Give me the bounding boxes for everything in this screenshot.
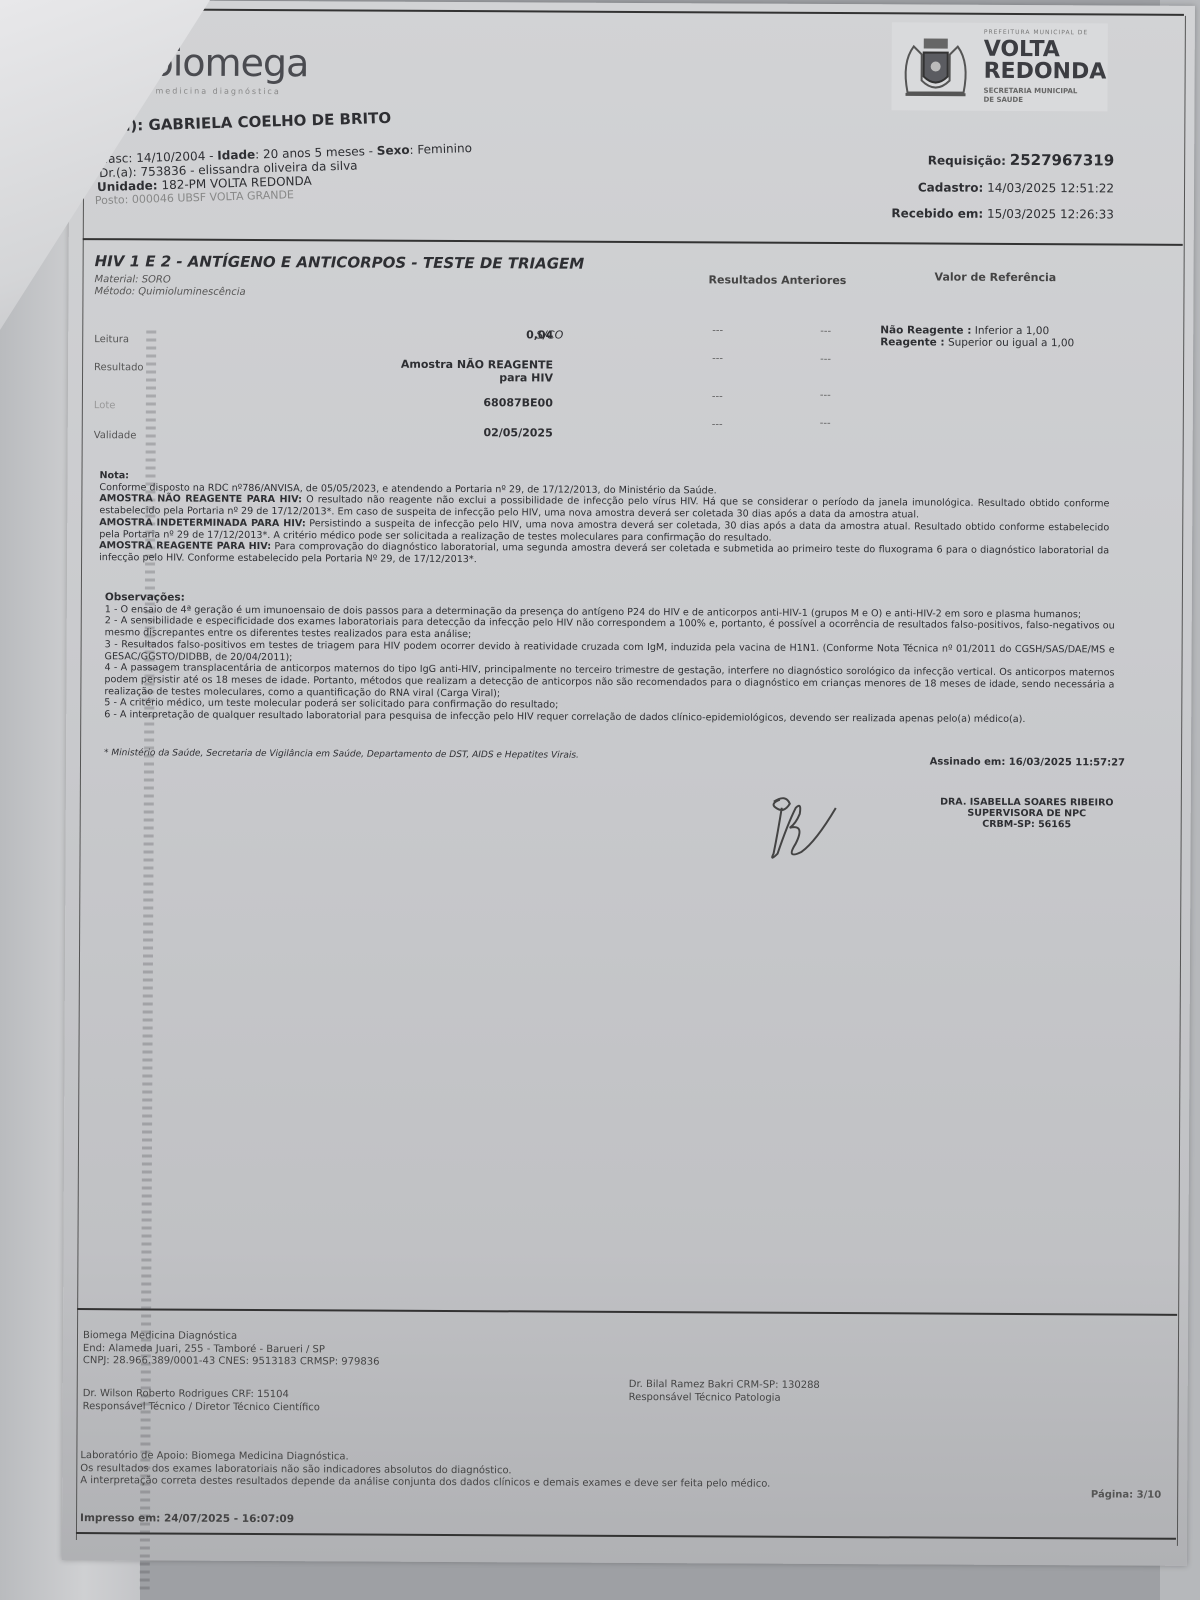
reference-values: Não Reagente : Inferior a 1,00 Reagente …: [880, 324, 1074, 349]
prev-result: ---: [820, 354, 831, 365]
municipality-prefix: PREFEITURA MUNICIPAL DE: [984, 29, 1088, 37]
signer-registration: CRBM-SP: 56165: [912, 818, 1142, 830]
note-section: Nota: Conforme disposto na RDC nº786/ANV…: [99, 470, 1109, 569]
municipality-title: VOLTA REDONDA: [984, 39, 1107, 84]
signer-block: DRA. ISABELLA SOARES RIBEIRO SUPERVISORA…: [912, 796, 1142, 830]
exam-method: Método: Quimioluminescência: [94, 286, 245, 298]
city-crest-icon: [899, 32, 971, 102]
footer-technician-2: Dr. Bilal Ramez Bakri CRM-SP: 130288 Res…: [629, 1379, 820, 1405]
signed-at: Assinado em: 16/03/2025 11:57:27: [930, 757, 1125, 769]
observations-section: Observações: 1 - O ensaio de 4ª geração …: [104, 592, 1115, 726]
footer-technician-1: Dr. Wilson Roberto Rodrigues CRF: 15104 …: [83, 1388, 320, 1414]
col-previous-results: Resultados Anteriores: [709, 273, 847, 287]
exam-title: HIV 1 E 2 - ANTÍGENO E ANTICORPOS - TEST…: [95, 252, 585, 273]
footer-disclaimer: Laboratório de Apoio: Biomega Medicina D…: [80, 1450, 770, 1491]
biomega-logo-sub: medicina diagnóstica: [156, 86, 281, 96]
printed-at: Impresso em: 24/07/2025 - 16:07:09: [80, 1512, 294, 1525]
col-reference-value: Valor de Referência: [935, 271, 1057, 285]
municipality-sub-line1: SECRETARIA MUNICIPAL: [984, 87, 1078, 96]
prev-result: ---: [820, 326, 831, 337]
row-unit-leitura: S/CO: [536, 328, 563, 341]
municipality-title-line2: REDONDA: [984, 61, 1107, 84]
note-title: Nota:: [99, 470, 129, 481]
row-value-resultado-2: para HIV: [499, 371, 553, 384]
municipality-sub-line2: DE SAUDE: [983, 96, 1077, 105]
received-date: Recebido em: 15/03/2025 12:26:33: [891, 206, 1114, 221]
prev-result: ---: [820, 418, 831, 429]
requisition-number: 2527967319: [1010, 151, 1114, 170]
municipality-subtitle: SECRETARIA MUNICIPAL DE SAUDE: [983, 87, 1077, 105]
footer-lab-info: Biomega Medicina Diagnóstica End: Alamed…: [83, 1330, 380, 1369]
prev-result: ---: [712, 353, 723, 364]
row-label-validade: Validade: [94, 430, 137, 441]
reference-reactive: Reagente : Superior ou igual a 1,00: [880, 336, 1074, 349]
signer-name: DRA. ISABELLA SOARES RIBEIRO: [912, 796, 1142, 808]
observation-item: 4 - A passagem transplacentária de antic…: [104, 662, 1114, 702]
row-label-lote: Lote: [94, 400, 116, 411]
row-label-resultado: Resultado: [94, 362, 144, 373]
prev-result: ---: [712, 325, 723, 336]
reference-non-reactive: Não Reagente : Inferior a 1,00: [880, 324, 1074, 337]
lab-report-page: biomega medicina diagnóstica PREFEITURA …: [62, 0, 1195, 1566]
row-label-leitura: Leitura: [94, 334, 129, 345]
registration-date: Cadastro: 14/03/2025 12:51:22: [918, 180, 1114, 195]
handwritten-signature-icon: [765, 794, 845, 864]
row-value-resultado: Amostra NÃO REAGENTE: [401, 358, 553, 372]
row-value-validade: 02/05/2025: [483, 426, 552, 439]
prev-result: ---: [712, 391, 723, 402]
requisition: Requisição: 2527967319: [928, 150, 1114, 169]
prev-result: ---: [820, 390, 831, 401]
prev-result: ---: [712, 419, 723, 430]
exam-material: Material: SORO: [95, 274, 171, 285]
page-number: Página: 3/10: [1091, 1489, 1161, 1500]
row-value-lote: 68087BE00: [483, 396, 553, 409]
